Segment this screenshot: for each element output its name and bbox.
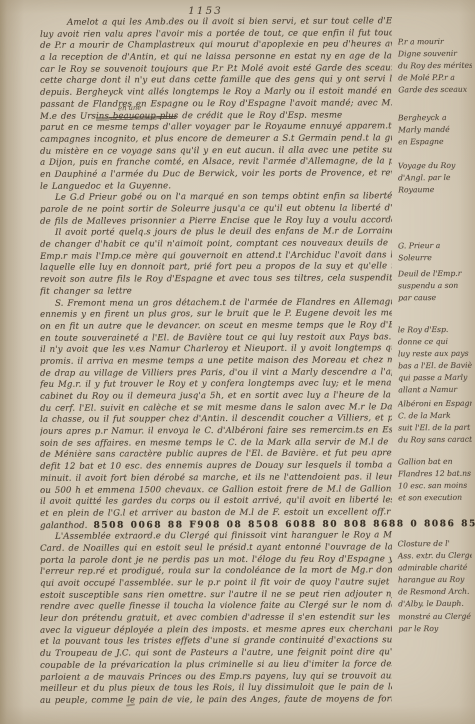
margin-note: Closture de l'Ass. extr. du Clergéadmira… (398, 538, 473, 635)
manuscript-page: 1153 Amelot a qui les Amb.des ou il avoi… (0, 0, 475, 724)
margin-note-line: en Espagne (398, 136, 472, 149)
margin-note-line: par cause (398, 292, 472, 305)
margin-note-line: Marly mandé (398, 124, 472, 137)
margin-note-line: d'Alby. le Dauph. (398, 598, 472, 611)
margin-note-line: donne ce qui (398, 336, 472, 349)
margin-note-line: harangue au Roy (398, 574, 472, 587)
manuscript-line: fit changer sa lettre (40, 285, 392, 298)
manuscript-line: en Dauphiné a l'armée du Duc de Berwick,… (40, 168, 392, 181)
manuscript-line: campagnes incognito, et plus encore de d… (40, 133, 392, 146)
manuscript-line: minuit. il avoit fort bien dérobé sa mar… (40, 472, 392, 485)
margin-note-line: qui passe a Marly (398, 372, 472, 385)
margin-note-line: Soleurre (398, 252, 472, 265)
manuscript-line: passant de Flandres en Espagne ou le Roy… (40, 98, 392, 111)
margin-note-line: du Roy sans caractère (398, 434, 472, 447)
margin-note: Voyage du Royd'Angl. par leRoyaume (398, 160, 472, 197)
margin-note-line: suspendu a son (398, 280, 472, 293)
margin-note-line: Royaume (398, 184, 472, 197)
manuscript-line: on en fit un autre que le devancer. on s… (40, 320, 392, 333)
manuscript-line: et en plein de l'G.l et arriver au basto… (40, 507, 392, 520)
margin-note-line: Gallion bat en (398, 456, 472, 469)
margin-note-line: luy reste aux pays (398, 348, 472, 361)
margin-note: le Roy d'Esp.donne ce quiluy reste aux p… (398, 324, 473, 397)
margin-note-line: Bergheyck a (398, 112, 472, 125)
margin-note-line: par le Roy (398, 622, 472, 635)
manuscript-line: coupable de la prévarication la plus cri… (40, 659, 392, 672)
margin-note: Deuil de l'Emp.rsuspendu a sonpar cause (398, 268, 472, 305)
manuscript-line: au peuple, comme le pain de vie, le pain… (40, 694, 392, 707)
margin-note-line: Closture de l' (398, 538, 472, 551)
margin-note-line: de Molé P.P.r a (398, 72, 472, 85)
margin-note-line: Voyage du Roy (398, 160, 472, 173)
margin-note-line: du Roy des mérites (398, 60, 472, 73)
margin-note: Bergheyck aMarly mandéen Espagne (398, 112, 472, 149)
manuscript-line: Card. de Noailles qui en estoit seul le … (40, 542, 392, 555)
margin-note-line: admirable charité (398, 562, 472, 575)
margin-note: Albéroni en EspagneC. de la Marksuit l'E… (398, 398, 472, 447)
margin-note-line: d'Angl. par le (398, 172, 472, 185)
margin-note-line: Albéroni en Espagne (398, 398, 472, 411)
margin-note: G. Prieur aSoleurre (398, 240, 472, 265)
cipher-line-prefix: galanthod. (40, 520, 87, 530)
margin-note-line: G. Prieur a (398, 240, 472, 253)
margin-note-line: Ass. extr. du Clergé (398, 550, 472, 563)
margin-note: Gallion bat enFlandres 12 bat.ns10 esc. … (398, 456, 472, 505)
margin-note-line: Garde des sceaux (398, 84, 472, 97)
margin-note-line: le Roy d'Esp. (398, 324, 472, 337)
manuscript-line: promis. il arriva en mesme temps a une p… (40, 355, 392, 368)
margin-note-line: Deuil de l'Emp.r (398, 268, 472, 281)
margin-note-line: de Resmond Arch. (398, 586, 472, 599)
margin-note-line: 10 esc. san moins (398, 480, 472, 493)
margin-note-line: allant a Namur (398, 384, 472, 397)
margin-note-line: suit l'El. de la part (398, 422, 472, 435)
interlinear-insertion: en une (118, 104, 142, 113)
margin-note-line: C. de la Mark (398, 410, 472, 423)
cipher-symbols: 8508 0068 88 F908 08 8508 6088 80 808 86… (93, 518, 475, 530)
margin-note-line: bas a l'El. de Bavière (398, 360, 472, 373)
margin-note-line: P.r a mourir (398, 36, 472, 49)
margin-note-line: Digne souvenir (398, 48, 472, 61)
page-number: 1153 (0, 5, 411, 17)
manuscript-body-text: Amelot a qui les Amb.des ou il avoit si … (40, 17, 392, 707)
margin-note: P.r a mourirDigne souvenirdu Roy des mér… (398, 36, 473, 97)
margin-note-line: Flandres 12 bat.ns (398, 468, 472, 481)
margin-note-line: et son execution (398, 492, 472, 505)
margin-note-line: monstré au Clergé (398, 610, 472, 623)
